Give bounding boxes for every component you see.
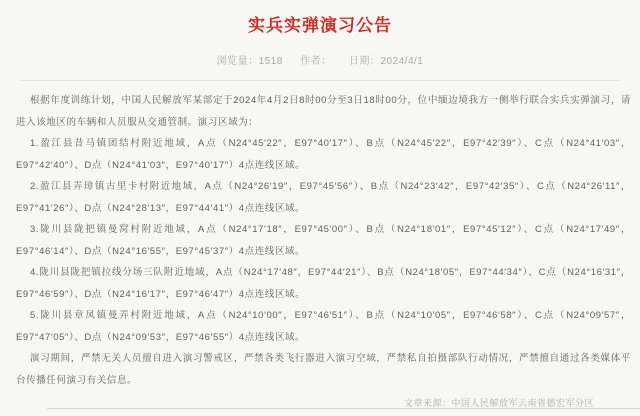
exercise-area-item-3: 3.陇川县陇把镇曼窝村附近地域，A点（N24°17′18″，E97°45′00″… xyxy=(16,219,631,262)
exercise-area-item-2: 2.盈江县弄璋镇古里卡村附近地域，A点（N24°26′19″，E97°45′56… xyxy=(16,176,631,219)
article-body: 根据年度训练计划，中国人民解放军某部定于2024年4月2日8时00分至3日18时… xyxy=(0,81,640,391)
intro-paragraph: 根据年度训练计划，中国人民解放军某部定于2024年4月2日8时00分至3日18时… xyxy=(16,90,631,133)
views-value: 1518 xyxy=(259,56,283,67)
meta-author: 作者： xyxy=(300,52,332,67)
views-label: 浏览量： xyxy=(217,56,259,67)
card-bottom-edge xyxy=(47,408,640,409)
exercise-area-item-4: 4.陇川县陇把镇拉线分场三队附近地域，A点（N24°17′48″，E97°44′… xyxy=(16,262,631,305)
article-meta: 浏览量：1518 作者： 日期：2024/4/1 xyxy=(0,52,640,67)
meta-date: 日期：2024/4/1 xyxy=(349,52,423,67)
date-label: 日期： xyxy=(349,56,381,67)
page-title: 实兵实弹演习公告 xyxy=(0,0,640,36)
exercise-area-item-1: 1.盈江县昔马镇团结村附近地域，A点（N24°45′22″，E97°40′17″… xyxy=(16,133,631,176)
author-label: 作者： xyxy=(300,56,332,67)
meta-views: 浏览量：1518 xyxy=(217,52,283,67)
announcement-page: 实兵实弹演习公告 浏览量：1518 作者： 日期：2024/4/1 根据年度训练… xyxy=(0,0,640,416)
restrictions-paragraph: 5.陇川县章凤镇曼弄村附近地域，A点（N24°10′00″，E97°46′51″… xyxy=(16,305,631,348)
warning-paragraph: 演习期间，严禁无关人员擅自进入演习警戒区，严禁各类飞行器进入演习空域，严禁私自拍… xyxy=(16,348,631,391)
date-value: 2024/4/1 xyxy=(380,56,423,67)
